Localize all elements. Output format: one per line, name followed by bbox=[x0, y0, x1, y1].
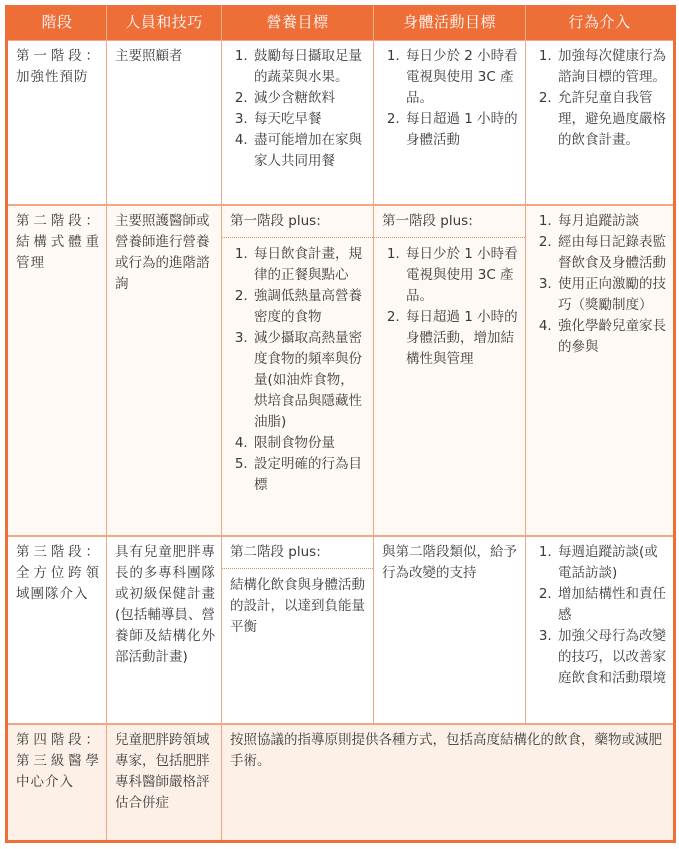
staff-cell: 具有兒童肥胖專長的多專科團隊或初級保健計畫(包括輔導員、營養師及結構化外部活動計… bbox=[107, 536, 222, 724]
behavior-cell: 每週追蹤訪談(或電話訪談) 增加結構性和責任感 加強父母行為改變的技巧，以改善家… bbox=[526, 536, 675, 724]
nutrition-cell: 第一階段 plus: 每日飲食計畫，規律的正餐與點心 強調低熱量高營養密度的食物… bbox=[222, 205, 374, 536]
behavior-cell: 每月追蹤訪談 經由每日記錄表監督飲食及身體活動 使用正向激勵的技巧（獎勵制度） … bbox=[526, 205, 675, 536]
list-item: 經由每日記錄表監督飲食及身體活動 bbox=[556, 232, 667, 274]
activity-cell: 每日少於 2 小時看電視與使用 3C 產品。 每日超過 1 小時的身體活動 bbox=[374, 41, 526, 205]
staff-cell: 兒童肥胖跨領域專家，包括肥胖專科醫師嚴格評估合併症 bbox=[107, 724, 222, 842]
list-item: 每月追蹤訪談 bbox=[556, 211, 667, 232]
table-row-stage-1: 第一階段：加強性預防 主要照顧者 鼓勵每日攝取足量的蔬菜與水果。 減少含糖飲料 … bbox=[7, 41, 675, 205]
list-item: 鼓勵每日攝取足量的蔬菜與水果。 bbox=[252, 46, 367, 88]
list-item: 設定明確的行為目標 bbox=[252, 454, 367, 496]
activity-list: 每日少於 1 小時看電視與使用 3C 產品。 每日超過 1 小時的身體活動，增加… bbox=[382, 244, 519, 370]
list-item: 每日飲食計畫，規律的正餐與點心 bbox=[252, 244, 367, 286]
list-item: 每日超過 1 小時的身體活動 bbox=[404, 109, 519, 151]
nutrition-cell: 第二階段 plus: 結構化飲食與身體活動的設計，以達到負能量平衡 bbox=[222, 536, 374, 724]
activity-cell: 與第二階段類似，給予行為改變的支持 bbox=[374, 536, 526, 724]
behavior-list: 每週追蹤訪談(或電話訪談) 增加結構性和責任感 加強父母行為改變的技巧，以改善家… bbox=[534, 542, 667, 689]
list-item: 加強父母行為改變的技巧，以改善家庭飲食和活動環境 bbox=[556, 626, 667, 689]
activity-cell: 第一階段 plus: 每日少於 1 小時看電視與使用 3C 產品。 每日超過 1… bbox=[374, 205, 526, 536]
list-item: 每天吃早餐 bbox=[252, 109, 367, 130]
merged-intervention-cell: 按照協議的指導原則提供各種方式，包括高度結構化的飲食，藥物或減肥手術。 bbox=[222, 724, 675, 842]
list-item: 使用正向激勵的技巧（獎勵制度） bbox=[556, 274, 667, 316]
list-item: 盡可能增加在家與家人共同用餐 bbox=[252, 130, 367, 172]
list-item: 每日少於 1 小時看電視與使用 3C 產品。 bbox=[404, 244, 519, 307]
nutrition-list: 鼓勵每日攝取足量的蔬菜與水果。 減少含糖飲料 每天吃早餐 盡可能增加在家與家人共… bbox=[230, 46, 367, 172]
header-stage: 階段 bbox=[7, 5, 107, 41]
list-item: 每週追蹤訪談(或電話訪談) bbox=[556, 542, 667, 584]
nutrition-prefix: 第二階段 plus: bbox=[222, 542, 373, 569]
nutrition-prefix: 第一階段 plus: bbox=[222, 211, 373, 238]
list-item: 每日超過 1 小時的身體活動，增加結構性與管理 bbox=[404, 307, 519, 370]
list-item: 減少含糖飲料 bbox=[252, 88, 367, 109]
behavior-list: 每月追蹤訪談 經由每日記錄表監督飲食及身體活動 使用正向激勵的技巧（獎勵制度） … bbox=[534, 211, 667, 358]
header-activity: 身體活動目標 bbox=[374, 5, 526, 41]
stage-cell: 第四階段：第三級醫學中心介入 bbox=[7, 724, 107, 842]
staff-cell: 主要照護醫師或營養師進行營養或行為的進階諮詢 bbox=[107, 205, 222, 536]
staff-cell: 主要照顧者 bbox=[107, 41, 222, 205]
table-row-stage-3: 第三階段：全方位跨領域團隊介入 具有兒童肥胖專長的多專科團隊或初級保健計畫(包括… bbox=[7, 536, 675, 724]
header-row: 階段 人員和技巧 營養目標 身體活動目標 行為介入 bbox=[7, 5, 675, 41]
list-item: 減少攝取高熱量密度食物的頻率與份量(如油炸食物，烘培食品與隱藏性油脂) bbox=[252, 328, 367, 433]
list-item: 每日少於 2 小時看電視與使用 3C 產品。 bbox=[404, 46, 519, 109]
stage-cell: 第三階段：全方位跨領域團隊介入 bbox=[7, 536, 107, 724]
list-item: 加強每次健康行為諮詢目標的管理。 bbox=[556, 46, 667, 88]
obesity-intervention-table: 階段 人員和技巧 營養目標 身體活動目標 行為介入 第一階段：加強性預防 主要照… bbox=[5, 5, 676, 843]
activity-list: 每日少於 2 小時看電視與使用 3C 產品。 每日超過 1 小時的身體活動 bbox=[382, 46, 519, 151]
nutrition-text: 結構化飲食與身體活動的設計，以達到負能量平衡 bbox=[230, 575, 367, 638]
nutrition-list: 每日飲食計畫，規律的正餐與點心 強調低熱量高營養密度的食物 減少攝取高熱量密度食… bbox=[230, 244, 367, 496]
behavior-list: 加強每次健康行為諮詢目標的管理。 允許兒童自我管理，避免過度嚴格的飲食計畫。 bbox=[534, 46, 667, 151]
list-item: 強調低熱量高營養密度的食物 bbox=[252, 286, 367, 328]
header-staff: 人員和技巧 bbox=[107, 5, 222, 41]
header-nutrition: 營養目標 bbox=[222, 5, 374, 41]
list-item: 限制食物份量 bbox=[252, 433, 367, 454]
stage-cell: 第二階段：結構式體重管理 bbox=[7, 205, 107, 536]
stage-cell: 第一階段：加強性預防 bbox=[7, 41, 107, 205]
table-row-stage-2: 第二階段：結構式體重管理 主要照護醫師或營養師進行營養或行為的進階諮詢 第一階段… bbox=[7, 205, 675, 536]
nutrition-cell: 鼓勵每日攝取足量的蔬菜與水果。 減少含糖飲料 每天吃早餐 盡可能增加在家與家人共… bbox=[222, 41, 374, 205]
behavior-cell: 加強每次健康行為諮詢目標的管理。 允許兒童自我管理，避免過度嚴格的飲食計畫。 bbox=[526, 41, 675, 205]
header-behavior: 行為介入 bbox=[526, 5, 675, 41]
list-item: 增加結構性和責任感 bbox=[556, 584, 667, 626]
activity-prefix: 第一階段 plus: bbox=[374, 211, 525, 238]
list-item: 強化學齡兒童家長的參與 bbox=[556, 316, 667, 358]
table-row-stage-4: 第四階段：第三級醫學中心介入 兒童肥胖跨領域專家，包括肥胖專科醫師嚴格評估合併症… bbox=[7, 724, 675, 842]
obesity-intervention-table-container: 階段 人員和技巧 營養目標 身體活動目標 行為介入 第一階段：加強性預防 主要照… bbox=[5, 5, 673, 843]
list-item: 允許兒童自我管理，避免過度嚴格的飲食計畫。 bbox=[556, 88, 667, 151]
